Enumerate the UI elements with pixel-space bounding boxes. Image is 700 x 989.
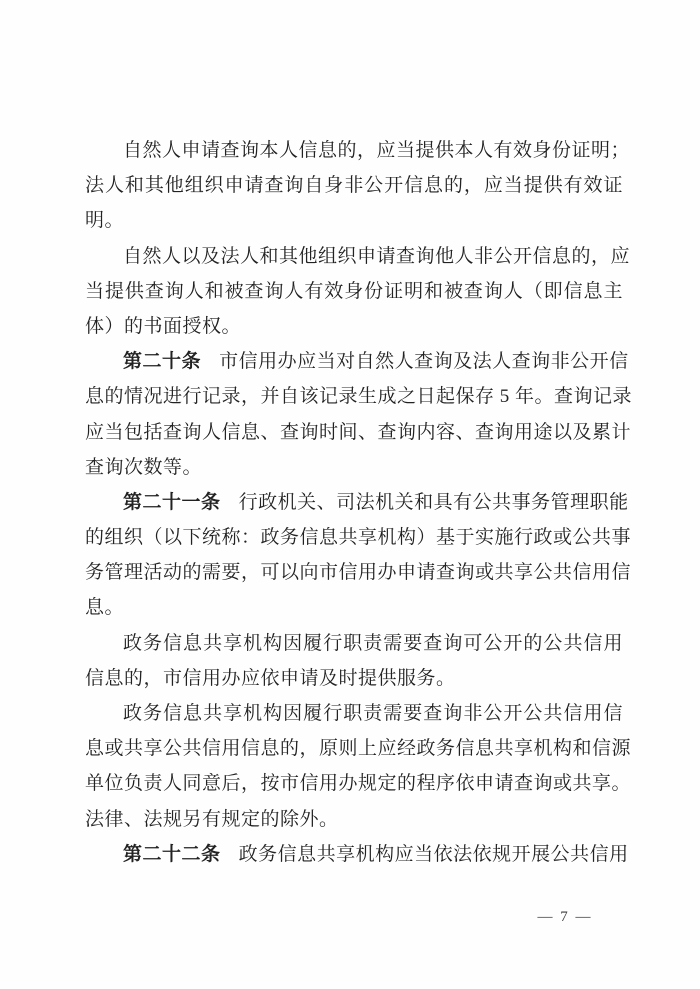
page-number: — 7 — bbox=[520, 905, 610, 929]
article-number: 第二十二条 bbox=[123, 844, 221, 865]
text-line: 明。 bbox=[85, 203, 623, 238]
line-text: 法人和其他组织申请查询自身非公开信息的，应当提供有效证 bbox=[85, 175, 623, 196]
line-text: 息。 bbox=[85, 597, 124, 618]
line-text: 当提供查询人和被查询人有效身份证明和被查询人（即信息主 bbox=[85, 281, 623, 302]
line-text: 体）的书面授权。 bbox=[85, 316, 241, 337]
text-line: 息。 bbox=[85, 590, 623, 625]
line-text: 单位负责人同意后，按市信用办规定的程序依申请查询或共享。 bbox=[85, 773, 631, 794]
text-line: 政务信息共享机构因履行职责需要查询非公开公共信用信 bbox=[85, 696, 623, 731]
article-number: 第二十条 bbox=[123, 351, 201, 372]
text-line: 应当包括查询人信息、查询时间、查询内容、查询用途以及累计 bbox=[85, 415, 623, 450]
document-page: 自然人申请查询本人信息的，应当提供本人有效身份证明；法人和其他组织申请查询自身非… bbox=[0, 0, 700, 989]
text-line: 息的情况进行记录，并自该记录生成之日起保存 5 年。查询记录 bbox=[85, 379, 623, 414]
line-text: 的组织（以下统称：政务信息共享机构）基于实施行政或公共事 bbox=[85, 527, 631, 548]
line-text: 市信用办应当对自然人查询及法人查询非公开信 bbox=[219, 351, 629, 372]
line-text: 息的情况进行记录，并自该记录生成之日起保存 5 年。查询记录 bbox=[85, 386, 632, 407]
line-text: 明。 bbox=[85, 210, 124, 231]
line-text: 政务信息共享机构因履行职责需要查询非公开公共信用信 bbox=[123, 703, 623, 724]
article-number: 第二十一条 bbox=[123, 492, 221, 513]
text-line: 第二十一条行政机关、司法机关和具有公共事务管理职能 bbox=[85, 485, 623, 520]
line-text: 查询次数等。 bbox=[85, 457, 202, 478]
line-text: 政务信息共享机构应当依法依规开展公共信用 bbox=[239, 844, 629, 865]
text-line: 政务信息共享机构因履行职责需要查询可公开的公共信用 bbox=[85, 626, 623, 661]
text-line: 查询次数等。 bbox=[85, 450, 623, 485]
text-line: 自然人申请查询本人信息的，应当提供本人有效身份证明； bbox=[85, 133, 623, 168]
line-text: 行政机关、司法机关和具有公共事务管理职能 bbox=[239, 492, 629, 513]
text-line: 体）的书面授权。 bbox=[85, 309, 623, 344]
line-text: 信息的，市信用办应依申请及时提供服务。 bbox=[85, 668, 456, 689]
text-line: 当提供查询人和被查询人有效身份证明和被查询人（即信息主 bbox=[85, 274, 623, 309]
text-line: 的组织（以下统称：政务信息共享机构）基于实施行政或公共事 bbox=[85, 520, 623, 555]
text-line: 单位负责人同意后，按市信用办规定的程序依申请查询或共享。 bbox=[85, 766, 623, 801]
line-text: 政务信息共享机构因履行职责需要查询可公开的公共信用 bbox=[123, 633, 623, 654]
text-line: 法律、法规另有规定的除外。 bbox=[85, 802, 623, 837]
document-body: 自然人申请查询本人信息的，应当提供本人有效身份证明；法人和其他组织申请查询自身非… bbox=[85, 133, 623, 872]
line-text: 应当包括查询人信息、查询时间、查询内容、查询用途以及累计 bbox=[85, 422, 631, 443]
text-line: 信息的，市信用办应依申请及时提供服务。 bbox=[85, 661, 623, 696]
line-text: 务管理活动的需要，可以向市信用办申请查询或共享公共信用信 bbox=[85, 562, 631, 583]
text-line: 息或共享公共信用信息的，原则上应经政务信息共享机构和信源 bbox=[85, 731, 623, 766]
text-line: 第二十条市信用办应当对自然人查询及法人查询非公开信 bbox=[85, 344, 623, 379]
text-line: 务管理活动的需要，可以向市信用办申请查询或共享公共信用信 bbox=[85, 555, 623, 590]
text-line: 自然人以及法人和其他组织申请查询他人非公开信息的，应 bbox=[85, 239, 623, 274]
line-text: 自然人申请查询本人信息的，应当提供本人有效身份证明； bbox=[123, 140, 630, 161]
line-text: 息或共享公共信用信息的，原则上应经政务信息共享机构和信源 bbox=[85, 738, 631, 759]
text-line: 法人和其他组织申请查询自身非公开信息的，应当提供有效证 bbox=[85, 168, 623, 203]
text-line: 第二十二条政务信息共享机构应当依法依规开展公共信用 bbox=[85, 837, 623, 872]
line-text: 自然人以及法人和其他组织申请查询他人非公开信息的，应 bbox=[123, 246, 630, 267]
line-text: 法律、法规另有规定的除外。 bbox=[85, 809, 339, 830]
